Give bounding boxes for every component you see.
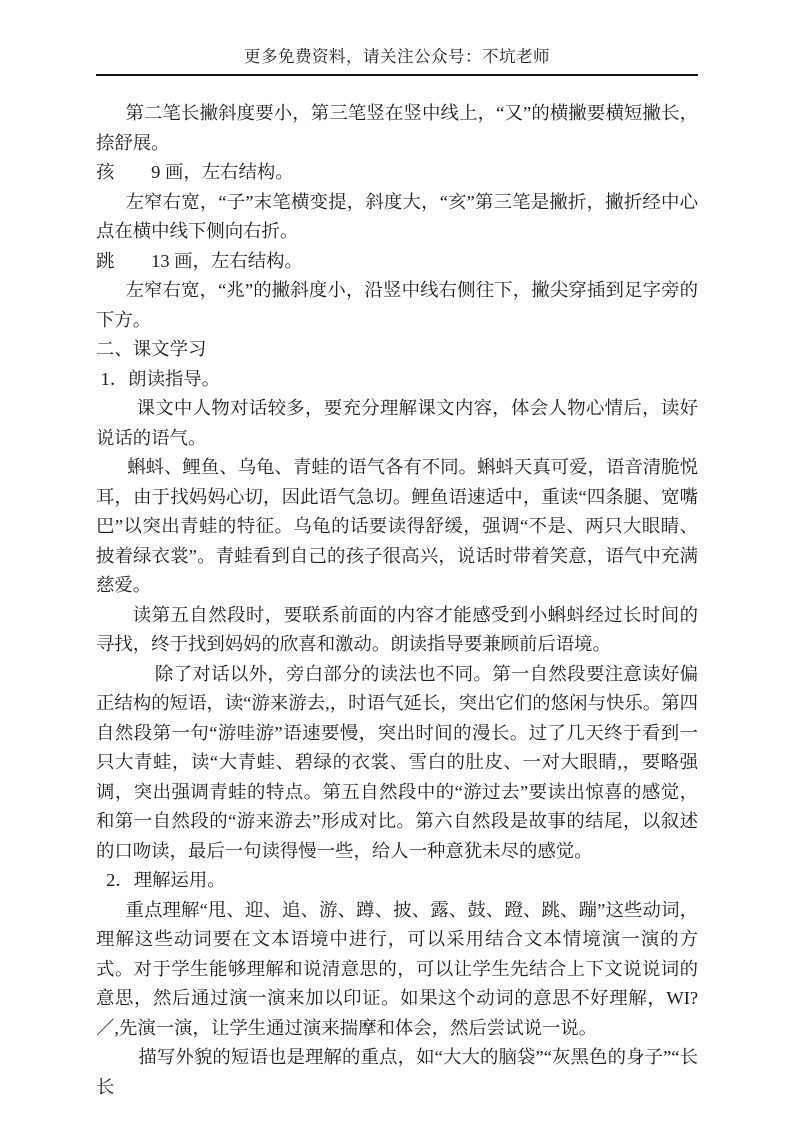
document-page: 更多免费资料，请关注公众号：不坑老师 第二笔长撇斜度要小，第三笔竖在竖中线上，“… (0, 0, 793, 1122)
paragraph: 孩 9 画，左右结构。 (96, 158, 698, 188)
header-divider (96, 74, 698, 76)
paragraph: 描写外貌的短语也是理解的重点，如“大大的脑袋”“灰黑色的身子”“长长 (96, 1043, 698, 1102)
paragraph: 跳 13 画，左右结构。 (96, 247, 698, 277)
paragraph: 课文中人物对话较多，要充分理解课文内容，体会人物心情后，读好说话的语气。 (96, 394, 698, 453)
paragraph: 左窄右宽，“兆”的撇斜度小，沿竖中线右侧往下，撇尖穿插到足字旁的下方。 (96, 276, 698, 335)
paragraph: 二、课文学习 (96, 335, 698, 365)
paragraph: 2．理解运用。 (96, 866, 698, 896)
paragraph: 1．朗读指导。 (96, 365, 698, 395)
paragraph: 第二笔长撇斜度要小，第三笔竖在竖中线上，“又”的横撇要横短撇长，捺舒展。 (96, 99, 698, 158)
document-body: 第二笔长撇斜度要小，第三笔竖在竖中线上，“又”的横撇要横短撇长，捺舒展。孩 9 … (96, 99, 698, 1102)
paragraph: 除了对话以外，旁白部分的读法也不同。第一自然段要注意读好偏正结构的短语，读“游来… (96, 660, 698, 867)
paragraph: 蝌蚪、鲤鱼、乌龟、青蛙的语气各有不同。蝌蚪天真可爱，语音清脆悦耳，由于找妈妈心切… (96, 453, 698, 601)
page-header: 更多免费资料，请关注公众号：不坑老师 (96, 46, 698, 76)
header-notice: 更多免费资料，请关注公众号：不坑老师 (96, 46, 698, 68)
paragraph: 左窄右宽，“子”末笔横变提，斜度大，“亥”第三笔是撇折，撇折经中心点在横中线下侧… (96, 188, 698, 247)
paragraph: 读第五自然段时，要联系前面的内容才能感受到小蝌蚪经过长时间的寻找，终于找到妈妈的… (96, 601, 698, 660)
paragraph: 重点理解“甩、迎、追、游、蹲、披、露、鼓、蹬、跳、蹦”这些动词，理解这些动词要在… (96, 896, 698, 1044)
